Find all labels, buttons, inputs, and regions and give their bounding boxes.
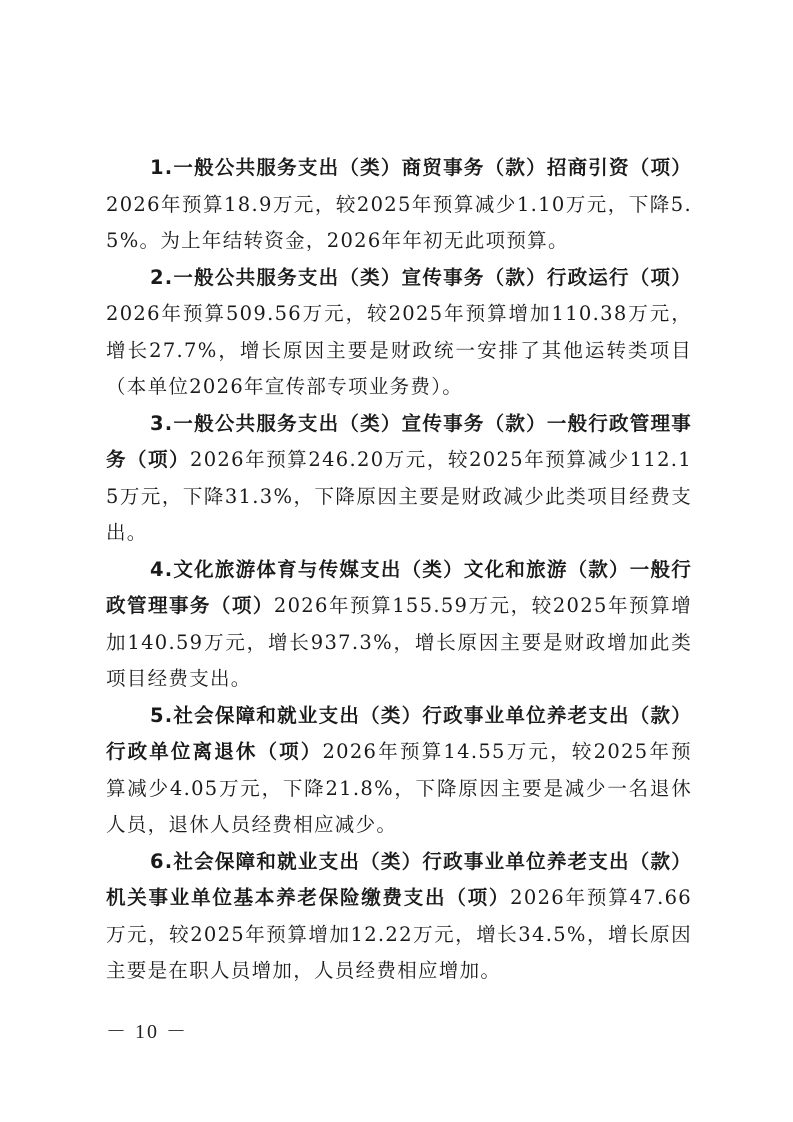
budget-item-title: 2.一般公共服务支出（类）宣传事务（款）行政运行（项） <box>150 266 692 289</box>
budget-item-4: 4.文化旅游体育与传媒支出（类）文化和旅游（款）一般行政管理事务（项）2026年… <box>106 552 692 698</box>
budget-item-text: 2026年预算18.9万元，较2025年预算减少1.10万元，下降5.5%。为上… <box>106 193 692 253</box>
budget-item-2: 2.一般公共服务支出（类）宣传事务（款）行政运行（项）2026年预算509.56… <box>106 260 692 406</box>
budget-item-title: 1.一般公共服务支出（类）商贸事务（款）招商引资（项） <box>150 156 692 179</box>
budget-item-text: 2026年预算509.56万元，较2025年预算增加110.38万元，增长27.… <box>106 302 692 398</box>
budget-item-6: 6.社会保障和就业支出（类）行政事业单位养老支出（款）机关事业单位基本养老保险缴… <box>106 844 692 990</box>
budget-item-text: 2026年预算246.20万元，较2025年预算减少112.15万元，下降31.… <box>106 448 692 544</box>
budget-item-5: 5.社会保障和就业支出（类）行政事业单位养老支出（款）行政单位离退休（项）202… <box>106 698 692 844</box>
budget-item-3: 3.一般公共服务支出（类）宣传事务（款）一般行政管理事务（项）2026年预算24… <box>106 406 692 552</box>
page-number: － 10 － <box>106 1015 188 1044</box>
budget-item-1: 1.一般公共服务支出（类）商贸事务（款）招商引资（项）2026年预算18.9万元… <box>106 150 692 260</box>
document-body: 1.一般公共服务支出（类）商贸事务（款）招商引资（项）2026年预算18.9万元… <box>106 150 692 990</box>
